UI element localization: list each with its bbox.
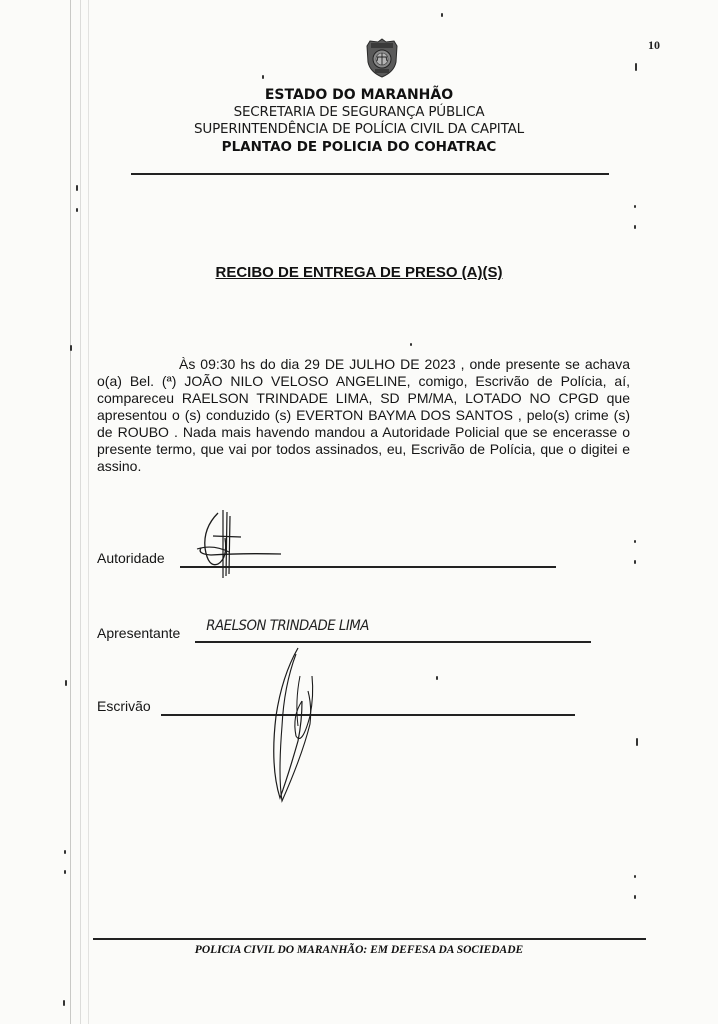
- signature-apresentante-handwritten: RAELSON TRINDADE LIMA: [206, 618, 369, 634]
- scan-speck: [636, 738, 638, 746]
- scan-speck: [634, 875, 636, 878]
- scan-speck: [441, 13, 443, 17]
- scan-speck: [76, 208, 78, 212]
- scan-speck: [64, 870, 66, 874]
- signature-escrivao-mark: [262, 646, 332, 806]
- header-divider: [131, 173, 609, 175]
- scan-speck: [635, 63, 637, 71]
- scan-speck: [634, 540, 636, 543]
- document-title: RECIBO DE ENTREGA DE PRESO (A)(S): [0, 264, 718, 281]
- signature-label-apresentante: Apresentante: [97, 625, 180, 641]
- header-secretariat: SECRETARIA DE SEGURANÇA PÚBLICA: [0, 104, 718, 121]
- scan-speck: [634, 205, 636, 208]
- police-badge-icon: [364, 38, 400, 78]
- document-body: Às 09:30 hs do dia 29 DE JULHO DE 2023 ,…: [97, 356, 630, 475]
- signature-line-escrivao: [161, 714, 575, 716]
- signature-label-escrivao: Escrivão: [97, 698, 151, 714]
- header-station: PLANTAO DE POLICIA DO COHATRAC: [0, 138, 718, 156]
- footer-motto: POLICIA CIVIL DO MARANHÃO: EM DEFESA DA …: [0, 944, 718, 956]
- scan-speck: [436, 676, 438, 680]
- page-number: 10: [648, 38, 660, 53]
- scan-speck: [262, 75, 264, 79]
- scan-speck: [70, 345, 72, 351]
- scan-speck: [64, 850, 66, 854]
- scan-speck: [634, 895, 636, 899]
- document-header: ESTADO DO MARANHÃO SECRETARIA DE SEGURAN…: [0, 86, 718, 156]
- scan-speck: [410, 343, 412, 346]
- scan-speck: [634, 225, 636, 229]
- scan-speck: [76, 185, 78, 191]
- footer-divider: [93, 938, 646, 940]
- scan-speck: [63, 1000, 65, 1006]
- signature-label-autoridade: Autoridade: [97, 550, 165, 566]
- scan-speck: [634, 560, 636, 564]
- body-paragraph: Às 09:30 hs do dia 29 DE JULHO DE 2023 ,…: [97, 356, 630, 474]
- signature-autoridade-mark: [193, 508, 283, 580]
- header-state: ESTADO DO MARANHÃO: [0, 86, 718, 104]
- scan-speck: [65, 680, 67, 686]
- signature-line-apresentante: [195, 641, 591, 643]
- header-superintendency: SUPERINTENDÊNCIA DE POLÍCIA CIVIL DA CAP…: [0, 121, 718, 138]
